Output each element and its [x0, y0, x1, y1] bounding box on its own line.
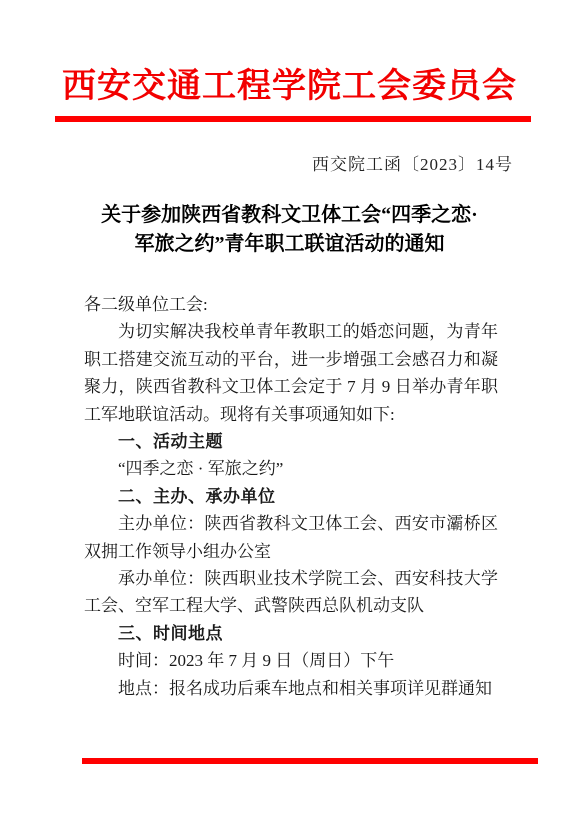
- document-number: 西交院工函〔2023〕14号: [0, 150, 513, 175]
- section-2-line-1: 主办单位：陕西省教科文卫体工会、西安市灞桥区双拥工作领导小组办公室: [84, 510, 498, 565]
- notice-title-line2: 军旅之约”青年职工联谊活动的通知: [30, 230, 549, 259]
- section-1-heading: 一、活动主题: [84, 428, 498, 455]
- document-page: 西安交通工程学院工会委员会 西交院工函〔2023〕14号 关于参加陕西省教科文卫…: [0, 0, 579, 820]
- notice-title-line1: 关于参加陕西省教科文卫体工会“四季之恋·: [30, 201, 549, 230]
- intro-paragraph: 为切实解决我校单青年教职工的婚恋问题，为青年职工搭建交流互动的平台，进一步增强工…: [84, 318, 498, 428]
- section-1-line-1: “四季之恋 · 军旅之约”: [84, 455, 498, 482]
- notice-body: 各二级单位工会: 为切实解决我校单青年教职工的婚恋问题，为青年职工搭建交流互动的…: [84, 291, 498, 702]
- section-2-heading: 二、主办、承办单位: [84, 483, 498, 510]
- section-2-line-2: 承办单位：陕西职业技术学院工会、西安科技大学工会、空军工程大学、武警陕西总队机动…: [84, 565, 498, 620]
- section-3-line-2: 地点：报名成功后乘车地点和相关事项详见群通知: [84, 675, 498, 702]
- section-3-heading: 三、时间地点: [84, 620, 498, 647]
- section-3-line-1: 时间：2023 年 7 月 9 日（周日）下午: [84, 647, 498, 674]
- footer-divider: [82, 758, 538, 764]
- letterhead-divider: [55, 116, 531, 122]
- notice-title: 关于参加陕西省教科文卫体工会“四季之恋· 军旅之约”青年职工联谊活动的通知: [30, 201, 549, 259]
- letterhead-title: 西安交通工程学院工会委员会: [0, 58, 579, 107]
- salutation: 各二级单位工会:: [84, 291, 498, 318]
